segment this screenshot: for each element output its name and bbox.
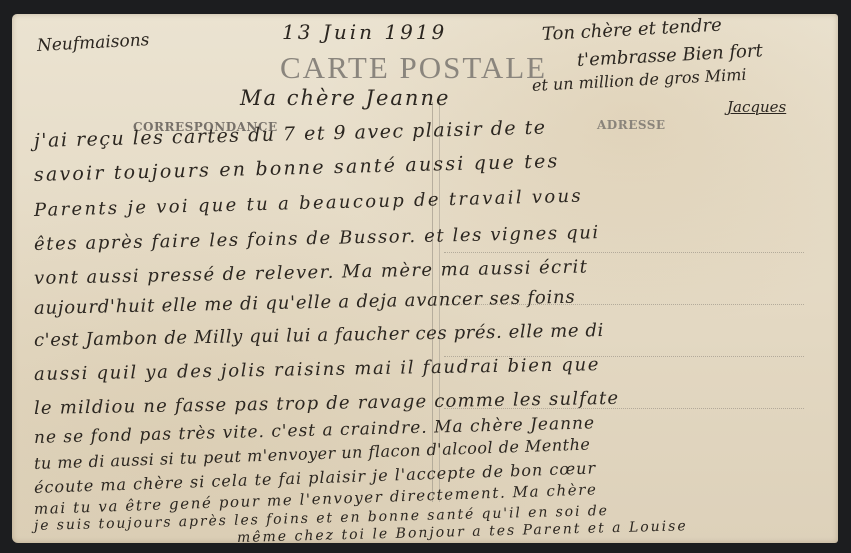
body-line: vont aussi pressé de relever. Ma mère ma… [34,256,589,289]
margin-note-line: Ton chère et tendre [541,15,722,45]
body-line: c'est Jambon de Milly qui lui a faucher … [34,320,604,351]
body-line: aussi quil ya des jolis raisins mai il f… [34,354,601,385]
body-line: savoir toujours en bonne santé aussi que… [34,150,560,186]
place-name: Neufmaisons [36,30,149,56]
greeting: Ma chère Jeanne [240,86,450,110]
body-line: j'ai reçu les cartes du 7 et 9 avec plai… [34,117,547,152]
body-line: êtes après faire les foins de Bussor. et… [34,222,600,255]
date: 13 Juin 1919 [282,20,447,44]
address-label: ADRESSE [597,118,666,132]
margin-note-line: et un million de gros Mimi [532,65,747,95]
signature: Jacques [727,98,786,116]
body-line: Parents je voi que tu a beaucoup de trav… [34,186,583,221]
body-line: aujourd'huit elle me di qu'elle a deja a… [34,287,576,319]
postcard-title: CARTE POSTALE [280,50,547,86]
postcard: CARTE POSTALE CORRESPONDANCE ADRESSE Neu… [12,14,838,543]
address-line [444,252,804,254]
